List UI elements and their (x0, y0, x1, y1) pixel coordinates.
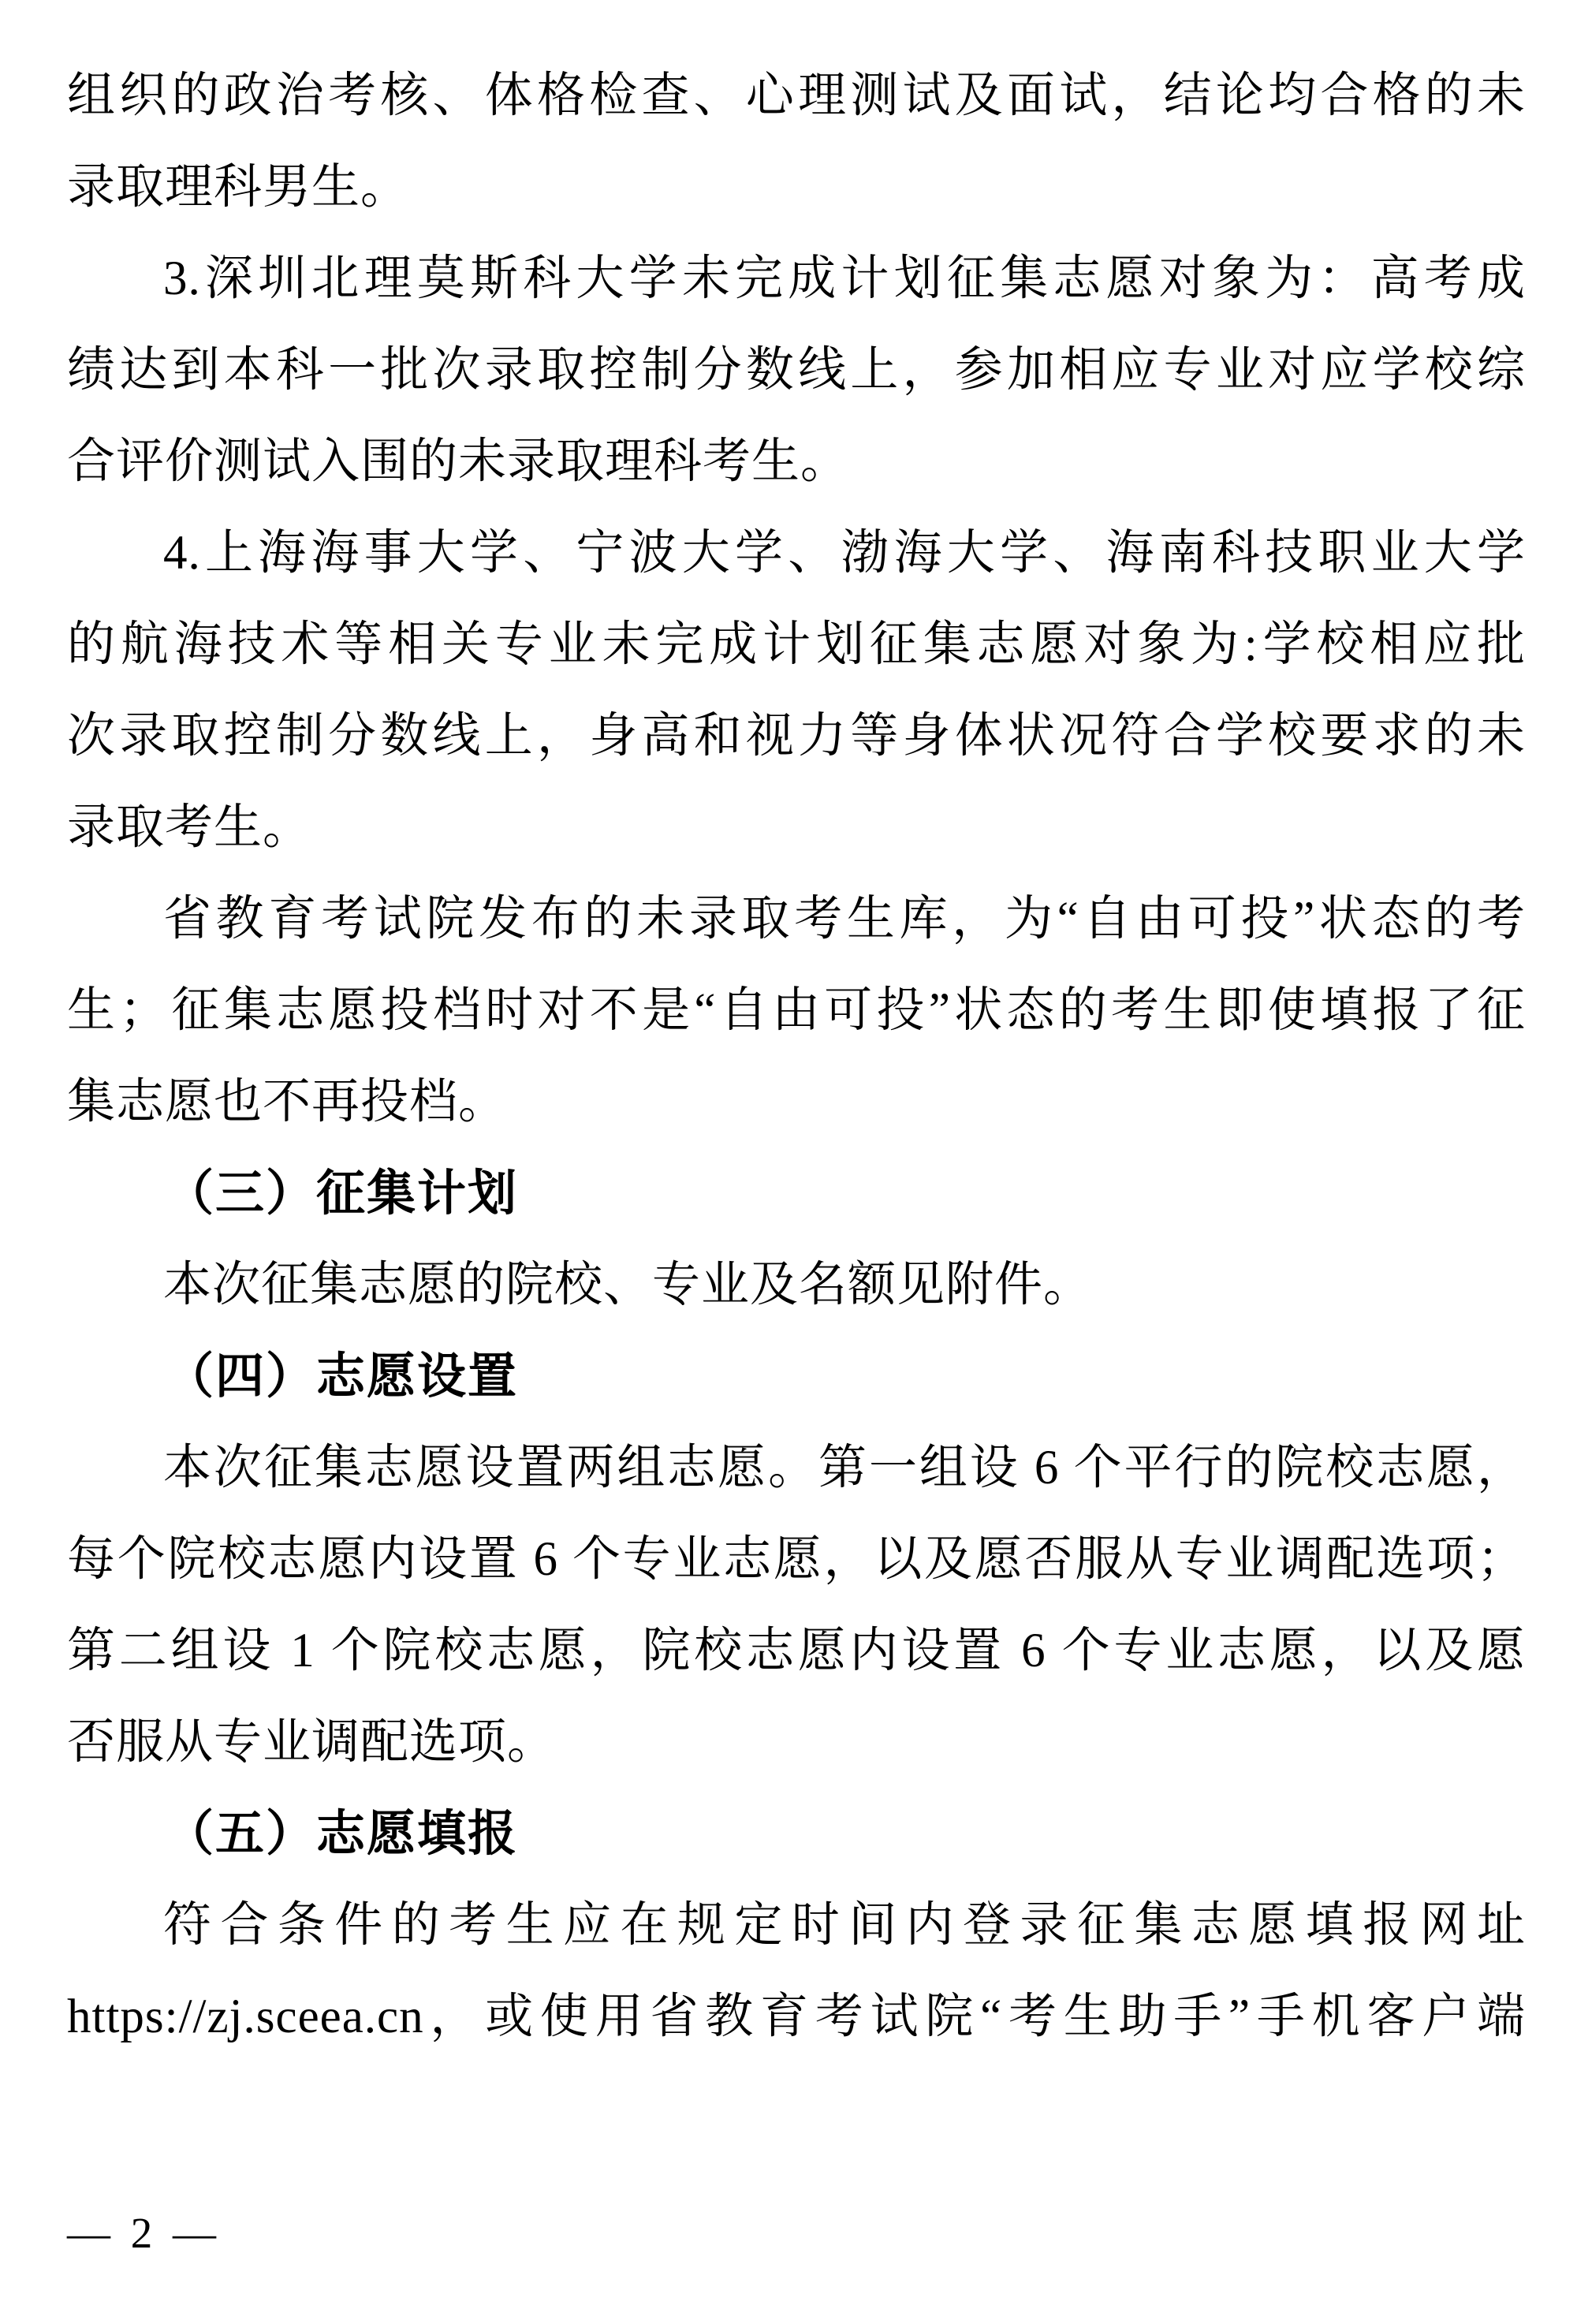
text-line: 生；征集志愿投档时对不是“自由可投”状态的考生即使填报了征 (67, 965, 1526, 1057)
text-line: 组织的政治考核、体格检查、心理测试及面试，结论均合格的未 (67, 50, 1526, 142)
text-line: 省教育考试院发布的未录取考生库，为“自由可投”状态的考 (67, 874, 1526, 965)
text-line: https://zj.sceea.cn，或使用省教育考试院“考生助手”手机客户端 (67, 1971, 1526, 2063)
text-line: 3.深圳北理莫斯科大学未完成计划征集志愿对象为：高考成 (67, 233, 1526, 325)
section-heading: （四）志愿设置 (67, 1331, 1526, 1423)
document-page: 组织的政治考核、体格检查、心理测试及面试，结论均合格的未录取理科男生。3.深圳北… (0, 0, 1577, 2324)
text-line: 4.上海海事大学、宁波大学、渤海大学、海南科技职业大学 (67, 508, 1526, 599)
text-line: 每个院校志愿内设置 6 个专业志愿，以及愿否服从专业调配选项； (67, 1514, 1526, 1606)
text-line: 本次征集志愿的院校、专业及名额见附件。 (67, 1240, 1526, 1331)
text-line: 第二组设 1 个院校志愿，院校志愿内设置 6 个专业志愿，以及愿 (67, 1606, 1526, 1697)
text-line: 本次征集志愿设置两组志愿。第一组设 6 个平行的院校志愿， (67, 1423, 1526, 1514)
text-line: 否服从专业调配选项。 (67, 1697, 1526, 1789)
section-heading: （三）征集计划 (67, 1148, 1526, 1240)
text-line: 次录取控制分数线上，身高和视力等身体状况符合学校要求的未 (67, 691, 1526, 782)
text-line: 录取理科男生。 (67, 142, 1526, 233)
text-line: 集志愿也不再投档。 (67, 1057, 1526, 1148)
section-heading: （五）志愿填报 (67, 1789, 1526, 1880)
text-line: 绩达到本科一批次录取控制分数线上，参加相应专业对应学校综 (67, 325, 1526, 416)
text-line: 的航海技术等相关专业未完成计划征集志愿对象为:学校相应批 (67, 599, 1526, 691)
text-line: 符合条件的考生应在规定时间内登录征集志愿填报网址 (67, 1880, 1526, 1971)
document-body: 组织的政治考核、体格检查、心理测试及面试，结论均合格的未录取理科男生。3.深圳北… (67, 50, 1526, 2063)
text-line: 录取考生。 (67, 782, 1526, 874)
page-number: — 2 — (67, 2209, 221, 2257)
text-line: 合评价测试入围的未录取理科考生。 (67, 416, 1526, 508)
page-footer: — 2 — (67, 2210, 221, 2257)
